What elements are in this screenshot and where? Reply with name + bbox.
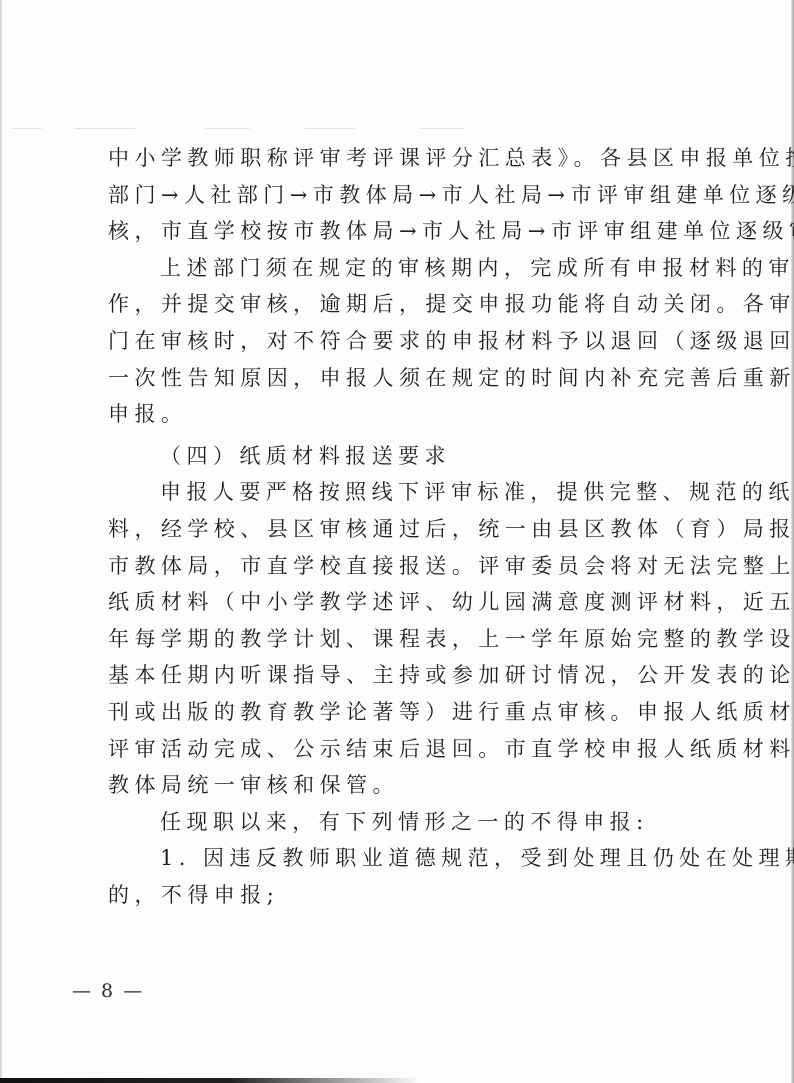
text-line: 年每学期的教学计划、课程表，上一学年原始完整的教学设计， [108, 621, 692, 658]
text-line: 中小学教师职称评审考评课评分汇总表》。各县区申报单位按教育 [108, 140, 692, 177]
text-line: 部门→人社部门→市教体局→市人社局→市评审组建单位逐级审 [108, 177, 692, 214]
section-heading: （四）纸质材料报送要求 [108, 438, 692, 475]
list-item-start-line: 1. 因违反教师职业道德规范，受到处理且仍处在处理期限内 [108, 840, 692, 877]
faint-scan-rule [205, 128, 250, 129]
scan-edge-left [0, 0, 2, 1083]
text-line: 一次性告知原因，申报人须在规定的时间内补充完善后重新提交 [108, 360, 692, 397]
text-line: 纸质材料（中小学教学述评、幼儿园满意度测评材料，近五（三） [108, 584, 692, 621]
paragraph-start-line: 申报人要严格按照线下评审标准，提供完整、规范的纸质材 [108, 474, 692, 511]
text-line: 申报。 [108, 396, 692, 433]
page-number: — 8 — [72, 980, 144, 1002]
faint-scan-rule [420, 128, 465, 129]
text-line: 的，不得申报; [108, 877, 692, 914]
text-line: 市教体局，市直学校直接报送。评审委员会将对无法完整上传的 [108, 548, 692, 585]
faint-scan-rule [305, 128, 355, 129]
body-text: 中小学教师职称评审考评课评分汇总表》。各县区申报单位按教育 部门→人社部门→市教… [108, 140, 692, 913]
text-line: 作，并提交审核，逾期后，提交申报功能将自动关闭。各审核部 [108, 286, 692, 323]
text-line: 刊或出版的教育教学论著等）进行重点审核。申报人纸质材料待 [108, 694, 692, 731]
text-line: 评审活动完成、公示结束后退回。市直学校申报人纸质材料由市 [108, 731, 692, 768]
text-line: 基本任期内听课指导、主持或参加研讨情况，公开发表的论文期 [108, 657, 692, 694]
paragraph-start-line: 任现职以来，有下列情形之一的不得申报: [108, 804, 692, 841]
faint-scan-rule [75, 128, 135, 129]
document-page: 中小学教师职称评审考评课评分汇总表》。各县区申报单位按教育 部门→人社部门→市教… [0, 0, 794, 1083]
text-line: 料，经学校、县区审核通过后，统一由县区教体（育）局报送至 [108, 511, 692, 548]
text-line: 核，市直学校按市教体局→市人社局→市评审组建单位逐级审核。 [108, 213, 692, 250]
text-line: 门在审核时，对不符合要求的申报材料予以退回（逐级退回），并 [108, 323, 692, 360]
faint-scan-rule [12, 128, 42, 129]
scan-shadow-bottom [0, 1078, 420, 1083]
text-line: 教体局统一审核和保管。 [108, 767, 692, 804]
paragraph-start-line: 上述部门须在规定的审核期内，完成所有申报材料的审核工 [108, 250, 692, 287]
